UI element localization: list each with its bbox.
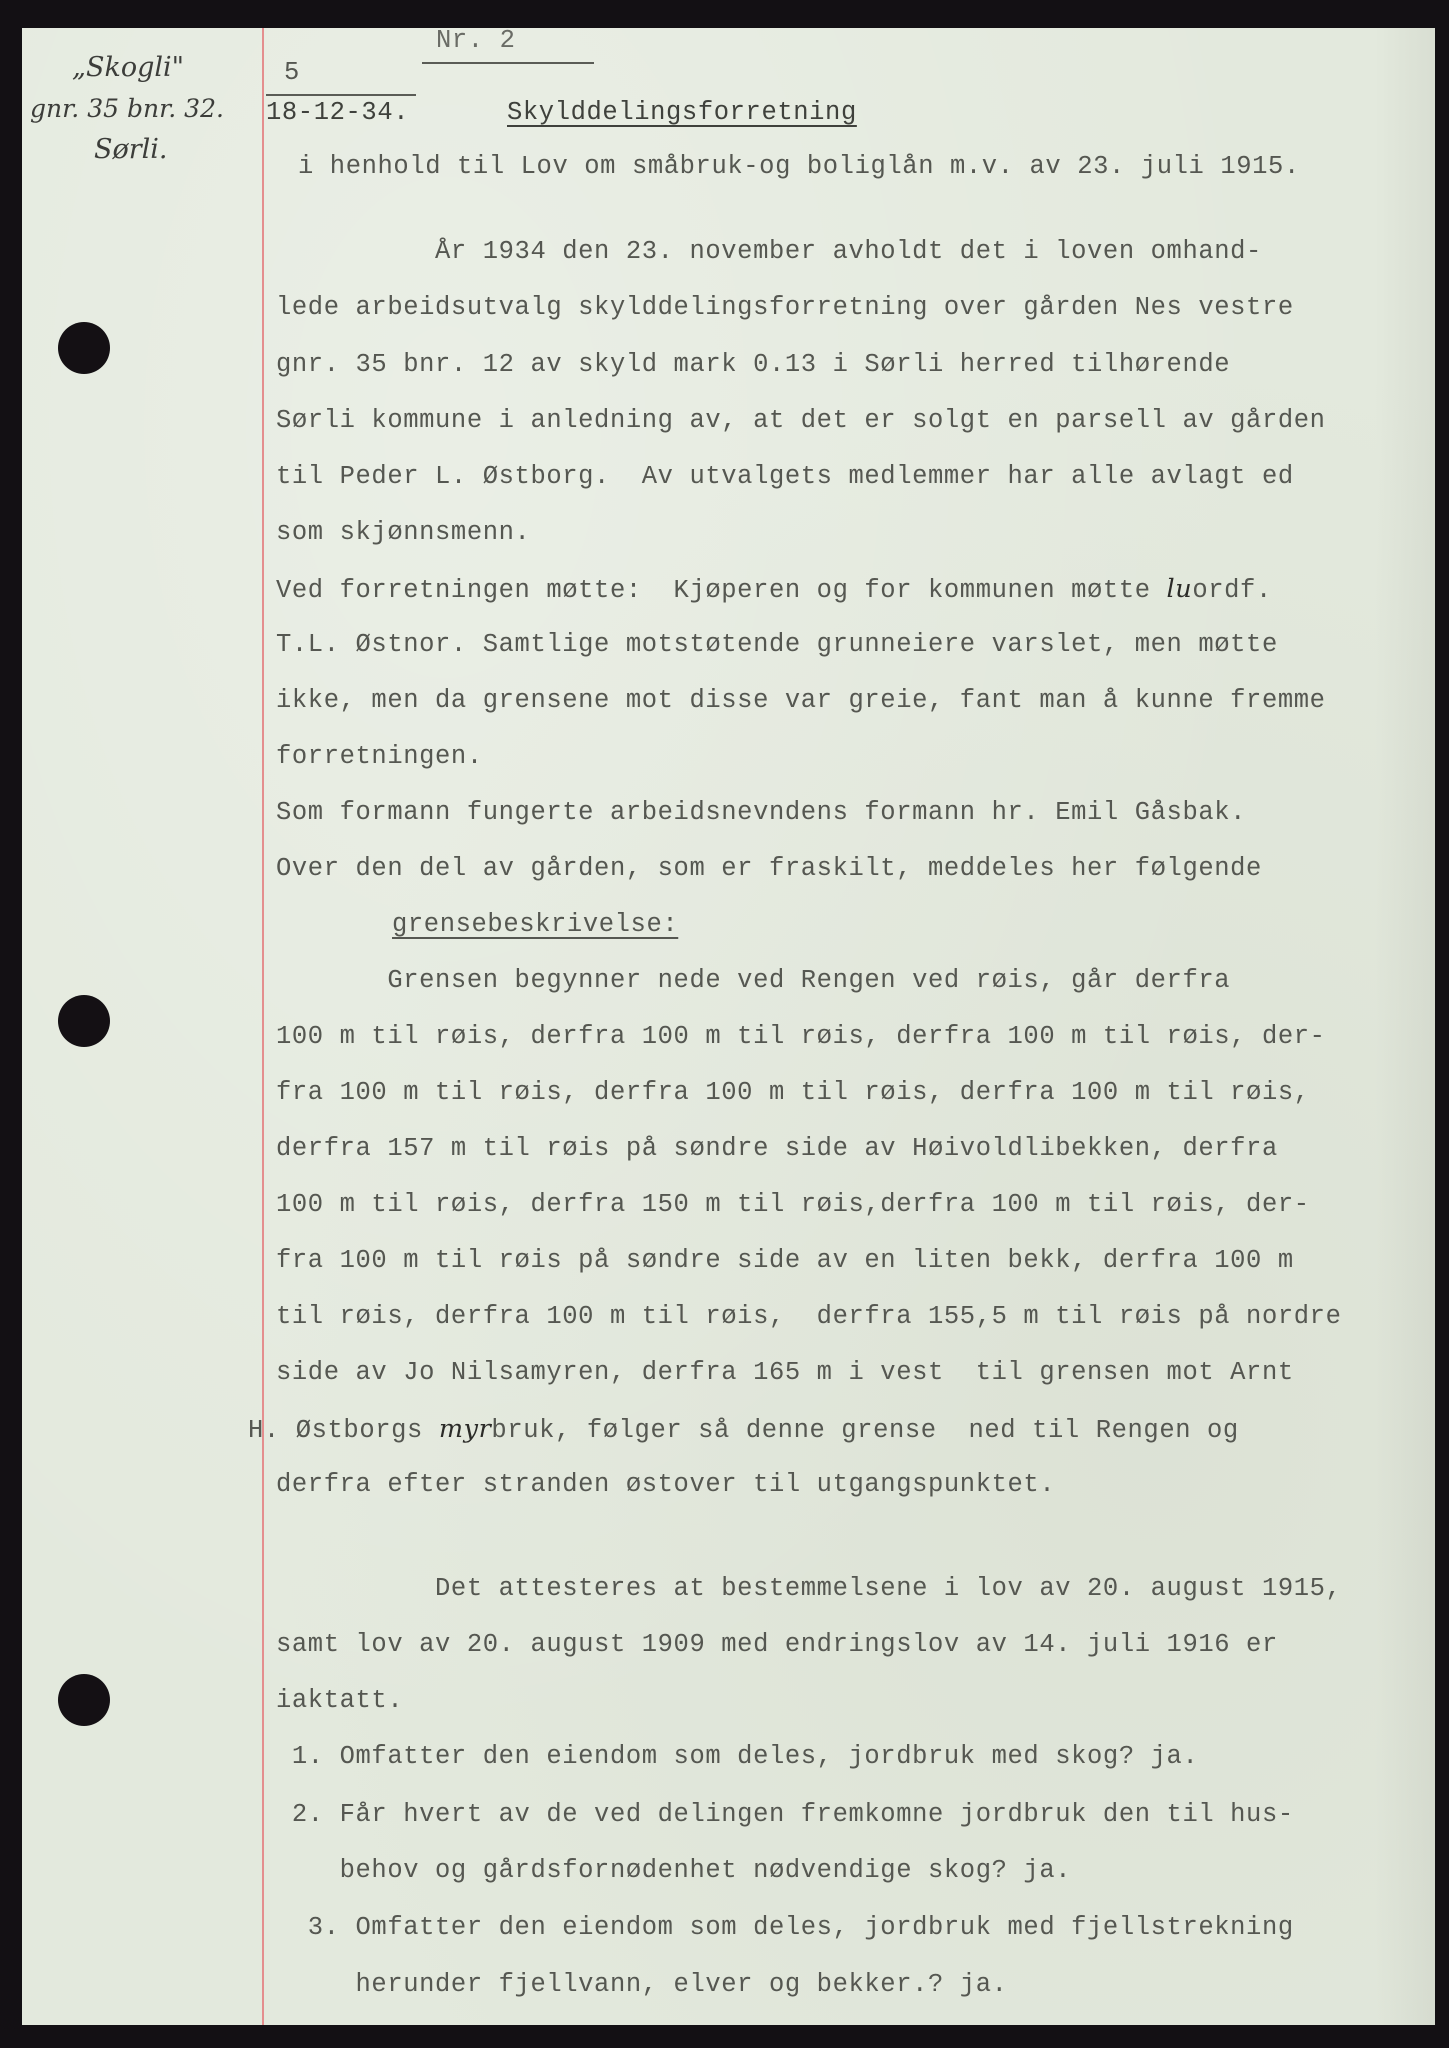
boundary-line: til røis, derfra 100 m til røis, derfra … [276, 1302, 1341, 1332]
body-line: til Peder L. Østborg. Av utvalgets medle… [276, 462, 1294, 492]
body-line: Sørli kommune i anledning av, at det er … [276, 406, 1326, 436]
register-number: Nr. 2 [436, 26, 516, 56]
attendance-line: forretningen. [276, 742, 483, 772]
boundary-text: bruk, følger så denne grense ned til Ren… [491, 1416, 1238, 1445]
body-line: År 1934 den 23. november avholdt det i l… [276, 237, 1262, 267]
boundary-line: 100 m til røis, derfra 150 m til røis,de… [276, 1190, 1310, 1220]
boundary-heading: grensebeskrivelse: [392, 910, 678, 940]
punch-hole-icon [58, 995, 110, 1047]
document-page: „Skogli" gnr. 35 bnr. 32. Sørli. Nr. 2 5… [22, 28, 1435, 2025]
red-margin-line [262, 28, 264, 2025]
boundary-line: fra 100 m til røis, derfra 100 m til røi… [276, 1078, 1310, 1108]
entry-number-rule [266, 94, 416, 96]
margin-note-name: „Skogli" [72, 52, 184, 83]
body-line: lede arbeidsutvalg skylddelingsforretnin… [276, 293, 1294, 323]
body-line: som skjønnsmenn. [276, 518, 530, 548]
attestation-line: samt lov av 20. august 1909 med endrings… [276, 1630, 1278, 1660]
attendance-line: Ved forretningen møtte: Kjøperen og for … [276, 574, 1272, 606]
question-3-cont: herunder fjellvann, elver og bekker.? ja… [276, 1970, 1008, 2000]
handwritten-insertion: myr [439, 1414, 492, 1444]
question-1: 1. Omfatter den eiendom som deles, jordb… [276, 1742, 1198, 1772]
attendance-line: Over den del av gården, som er fraskilt,… [276, 854, 1262, 884]
punch-hole-icon [58, 322, 110, 374]
attendance-text: ordf. [1192, 576, 1272, 605]
boundary-text: H. Østborgs [248, 1416, 439, 1445]
margin-note-municipality: Sørli. [94, 134, 168, 165]
question-2-cont: behov og gårdsfornødenhet nødvendige sko… [276, 1856, 1071, 1886]
register-number-rule [422, 62, 594, 64]
margin-note-property: gnr. 35 bnr. 32. [30, 94, 224, 123]
boundary-line: fra 100 m til røis på søndre side av en … [276, 1246, 1294, 1276]
entry-number: 5 [284, 58, 300, 88]
edge-smudge [1375, 28, 1435, 2025]
handwritten-correction: lu [1167, 574, 1193, 604]
boundary-line: H. Østborgs myrbruk, følger så denne gre… [248, 1414, 1239, 1446]
boundary-line: derfra 157 m til røis på søndre side av … [276, 1134, 1278, 1164]
entry-date: 18-12-34. [266, 98, 409, 128]
boundary-line: side av Jo Nilsamyren, derfra 165 m i ve… [276, 1358, 1294, 1388]
boundary-line: derfra efter stranden østover til utgang… [276, 1470, 1055, 1500]
attestation-line: Det attesteres at bestemmelsene i lov av… [276, 1574, 1341, 1604]
document-subtitle: i henhold til Lov om småbruk-og boliglån… [298, 152, 1300, 182]
attendance-text: Ved forretningen møtte: Kjøperen og for … [276, 576, 1167, 605]
attestation-line: iaktatt. [276, 1686, 403, 1716]
body-line: gnr. 35 bnr. 12 av skyld mark 0.13 i Sør… [276, 350, 1230, 380]
attendance-line: ikke, men da grensene mot disse var grei… [276, 686, 1326, 716]
attendance-line: T.L. Østnor. Samtlige motstøtende grunne… [276, 630, 1278, 660]
attendance-line: Som formann fungerte arbeidsnevndens for… [276, 798, 1246, 828]
boundary-line: Grensen begynner nede ved Rengen ved røi… [276, 966, 1230, 996]
document-title: Skylddelingsforretning [507, 98, 857, 128]
boundary-line: 100 m til røis, derfra 100 m til røis, d… [276, 1022, 1326, 1052]
question-3: 3. Omfatter den eiendom som deles, jordb… [276, 1913, 1294, 1943]
question-2: 2. Får hvert av de ved delingen fremkomn… [276, 1800, 1294, 1830]
punch-hole-icon [58, 1674, 110, 1726]
